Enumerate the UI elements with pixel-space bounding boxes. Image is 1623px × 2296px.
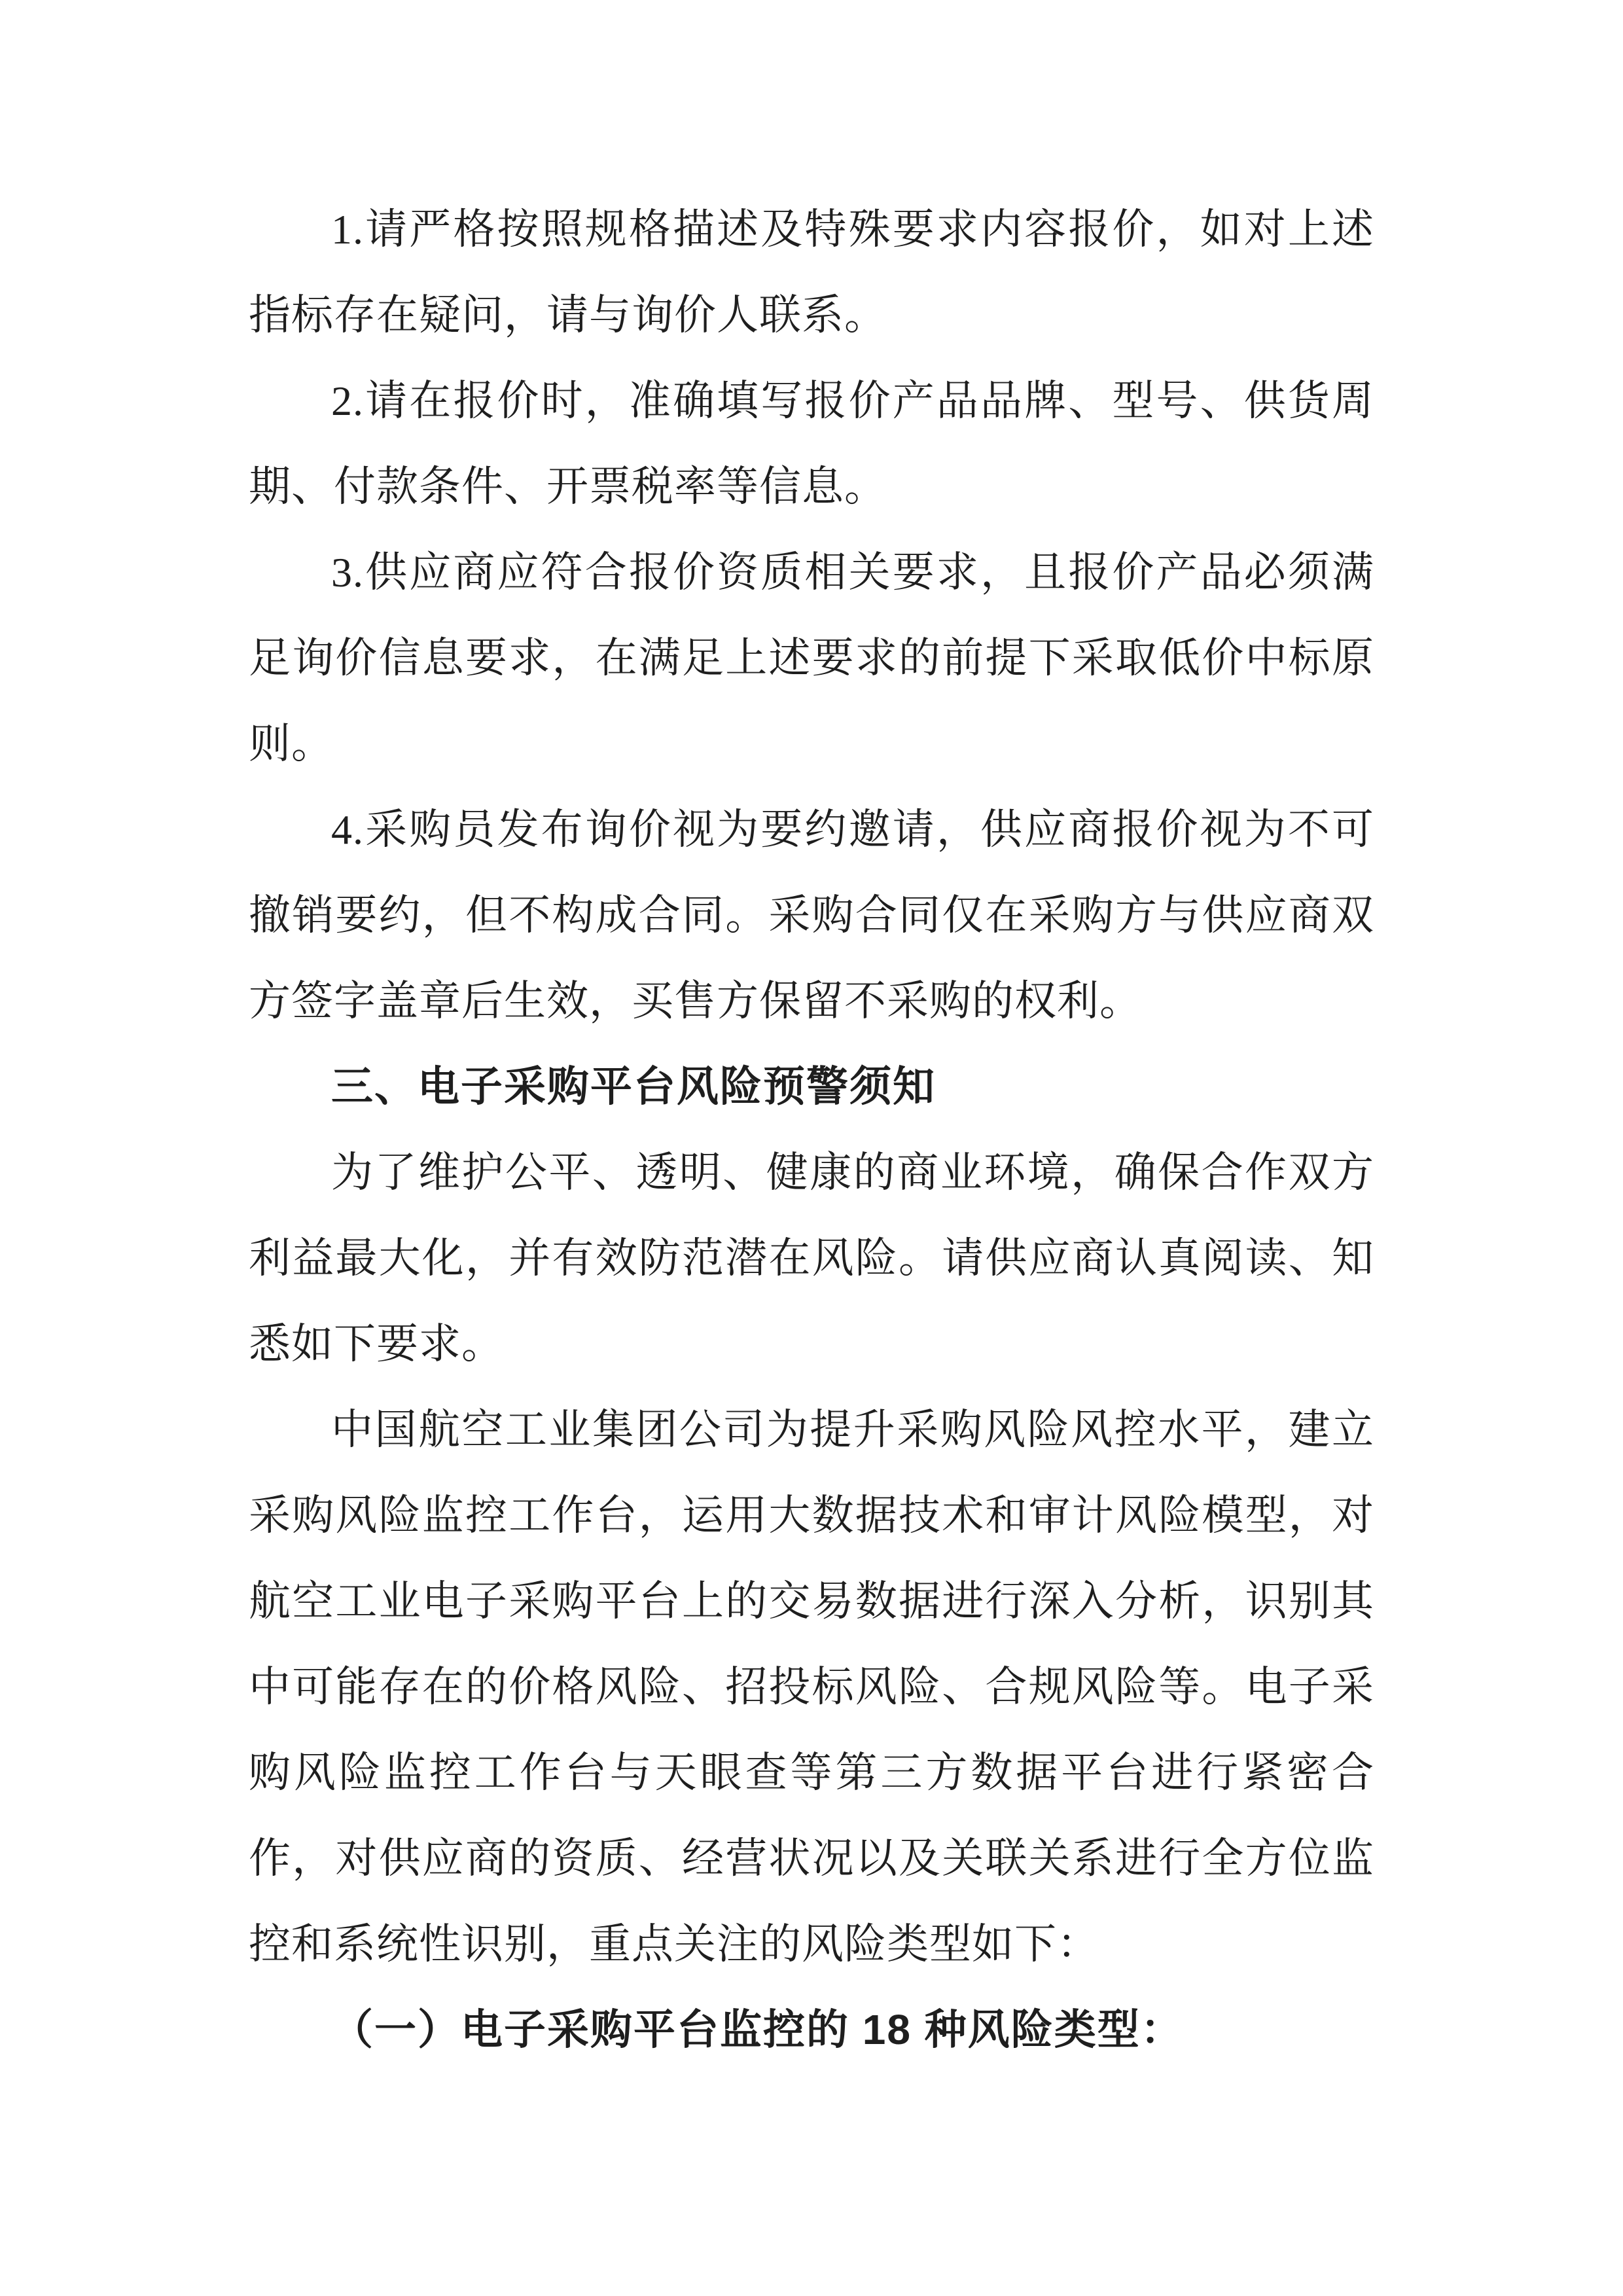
text-line: 利益最大化，并有效防范潜在风险。请供应商认真阅读、知 <box>249 1215 1374 1301</box>
text-line: 则。 <box>249 701 1374 787</box>
text-line: 三、电子采购平台风险预警须知 <box>249 1044 1374 1130</box>
text-line: 足询价信息要求，在满足上述要求的前提下采取低价中标原 <box>249 615 1374 701</box>
text-line: （一）电子采购平台监控的 18 种风险类型： <box>249 1987 1374 2073</box>
text-line: 为了维护公平、透明、健康的商业环境，确保合作双方 <box>249 1130 1374 1215</box>
text-line: 购风险监控工作台与天眼查等第三方数据平台进行紧密合 <box>249 1730 1374 1816</box>
text-line: 航空工业电子采购平台上的交易数据进行深入分析，识别其 <box>249 1558 1374 1644</box>
document-page: 1.请严格按照规格描述及特殊要求内容报价，如对上述指标存在疑问，请与询价人联系。… <box>0 0 1623 2296</box>
text-line: 采购风险监控工作台，运用大数据技术和审计风险模型，对 <box>249 1473 1374 1558</box>
text-line: 控和系统性识别，重点关注的风险类型如下： <box>249 1901 1374 1987</box>
text-line: 指标存在疑问，请与询价人联系。 <box>249 272 1374 358</box>
document-text-block: 1.请严格按照规格描述及特殊要求内容报价，如对上述指标存在疑问，请与询价人联系。… <box>249 187 1374 2073</box>
text-line: 中国航空工业集团公司为提升采购风险风控水平，建立 <box>249 1387 1374 1473</box>
text-line: 4.采购员发布询价视为要约邀请，供应商报价视为不可 <box>249 787 1374 872</box>
text-line: 方签字盖章后生效，买售方保留不采购的权利。 <box>249 958 1374 1044</box>
text-line: 悉如下要求。 <box>249 1301 1374 1387</box>
text-line: 撤销要约，但不构成合同。采购合同仅在采购方与供应商双 <box>249 872 1374 958</box>
text-line: 作，对供应商的资质、经营状况以及关联关系进行全方位监 <box>249 1816 1374 1901</box>
text-line: 2.请在报价时，准确填写报价产品品牌、型号、供货周 <box>249 358 1374 444</box>
text-line: 期、付款条件、开票税率等信息。 <box>249 444 1374 529</box>
text-line: 中可能存在的价格风险、招投标风险、合规风险等。电子采 <box>249 1644 1374 1730</box>
text-line: 1.请严格按照规格描述及特殊要求内容报价，如对上述 <box>249 187 1374 272</box>
text-line: 3.供应商应符合报价资质相关要求，且报价产品必须满 <box>249 529 1374 615</box>
